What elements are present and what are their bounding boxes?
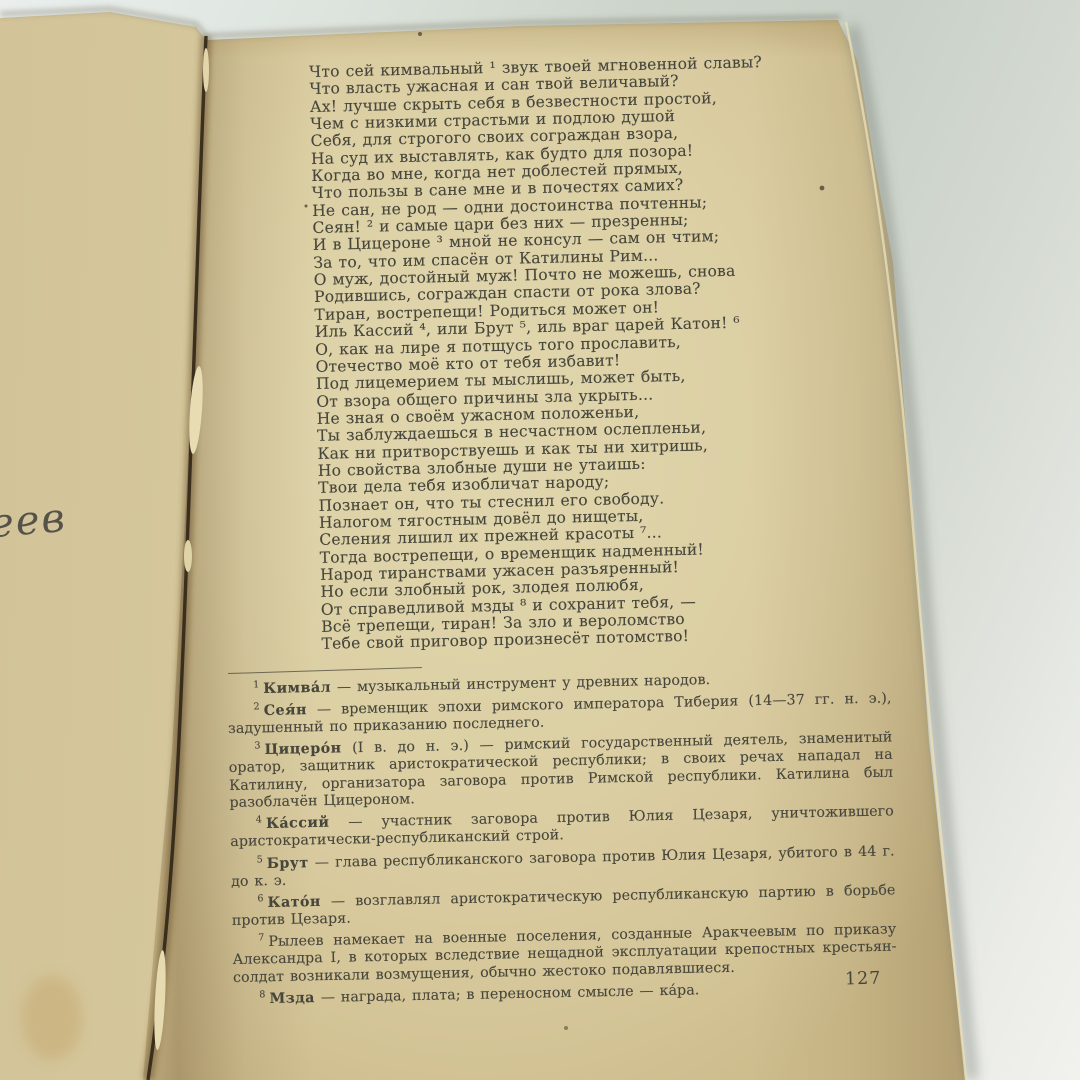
footnotes: 1Кимва́л — музыкальный инструмент у древ… [227,664,898,1009]
footnote-number: 5 [257,854,263,865]
footnote-term: Като́н [267,894,321,911]
footnote-term: Сея́н [264,702,307,719]
poem-text: Что сей кимвальный ¹ звук твоей мгновенн… [309,54,775,653]
footnote-number: 2 [253,701,259,712]
footnote: 3Цицеро́н (I в. до н. э.) — римский госу… [228,725,893,812]
footnote-term: Цицеро́н [264,741,341,759]
footnote-term: Мзда [269,990,315,1007]
page-number: 127 [845,969,882,990]
footnote-number: 1 [253,679,259,690]
book-photo: еев Что сей кимвальный ¹ звук твоей мгно… [0,0,1080,1080]
handwriting-fragment: еев [0,495,68,548]
footnote-number: 3 [254,741,260,752]
footnote-number: 7 [258,933,264,944]
footnote-number: 6 [257,893,263,904]
footnote-number: 4 [256,815,262,826]
footnote-number: 8 [259,989,265,1000]
footnote-term: Кимва́л [263,680,331,697]
footnote-term: Брут [267,855,309,872]
footnote-term: Ка́ссий [266,815,330,832]
